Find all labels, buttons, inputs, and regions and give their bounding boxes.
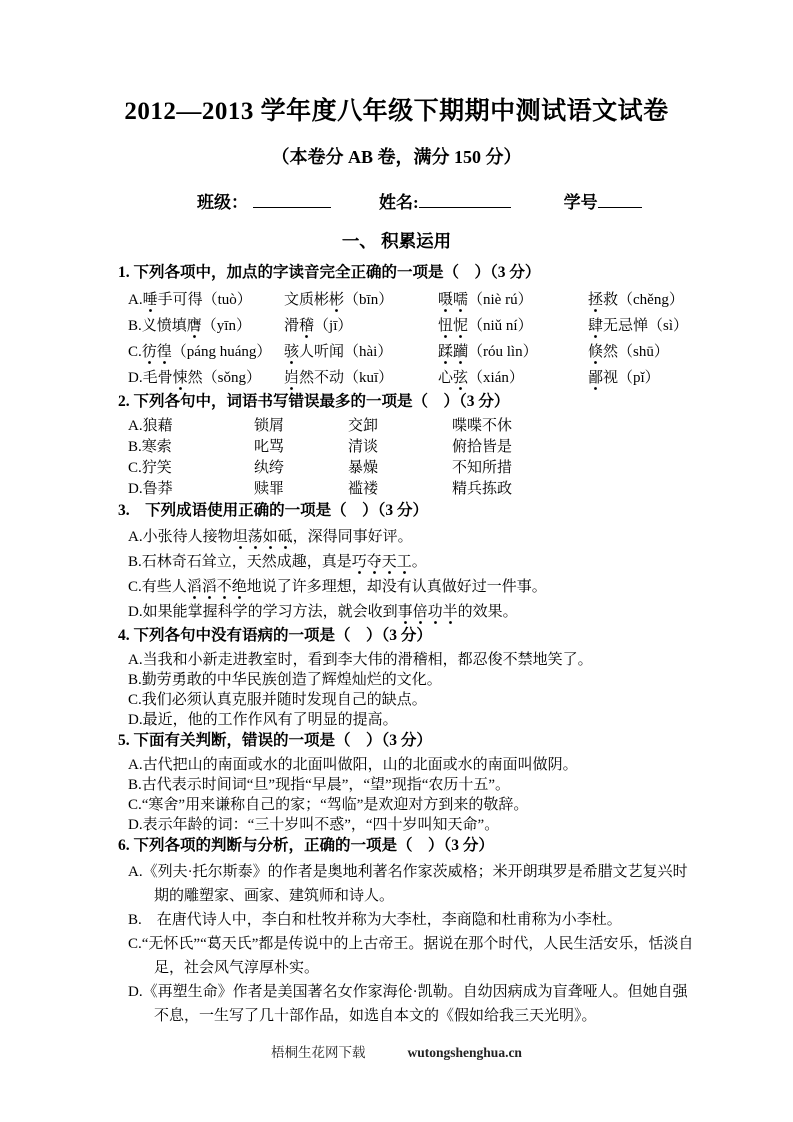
class-blank (253, 190, 331, 208)
option-cell: 清谈 (348, 437, 452, 458)
question-3-option-c: C.有些人滔滔不绝地说了许多理想，却没有认真做好过一件事。 (128, 575, 698, 600)
questions-area: 1. 下列各项中，加点的字读音完全正确的一项是（ ）（3 分） A.唾手可得（t… (118, 262, 698, 1028)
question-5: 5. 下面有关判断，错误的一项是（ ）（3 分） A.古代把山的南面或水的北面叫… (118, 730, 698, 835)
paper-subtitle: （本卷分 AB 卷，满分 150 分） (0, 144, 793, 170)
question-6-option-c: C.“无怀氏”“葛天氏”都是传说中的上古帝王。据说在那个时代，人民生活安乐，恬淡… (128, 932, 698, 980)
question-2-option-a: A.狼藉 锁屑 交卸 喋喋不休 (128, 416, 698, 437)
question-6-option-d: D.《再塑生命》作者是美国著名女作家海伦·凯勒。自幼因病成为盲聋哑人。但她自强不… (128, 980, 698, 1028)
question-2-stem: 2. 下列各句中，词语书写错误最多的一项是（ ）（3 分） (118, 391, 698, 413)
student-id-label: 学号 (564, 193, 598, 212)
question-5-option-b: B.古代表示时间词“旦”现指“早晨”，“望”现指“农历十五”。 (128, 775, 698, 795)
question-2: 2. 下列各句中，词语书写错误最多的一项是（ ）（3 分） A.狼藉 锁屑 交卸… (118, 391, 698, 500)
option-cell: B.义愤填膺（yīn） (128, 313, 284, 339)
question-1-option-b: B.义愤填膺（yīn） 滑稽（jī） 忸怩（niǔ ní） 肆无忌惮（sì） (128, 313, 698, 339)
option-cell: 滑稽（jī） (284, 313, 438, 339)
option-cell: 精兵拣政 (452, 479, 516, 500)
option-cell: D.毛骨悚然（sǒng） (128, 365, 284, 391)
option-cell: 喋喋不休 (452, 416, 516, 437)
question-4-option-d: D.最近，他的工作作风有了明显的提高。 (128, 710, 698, 730)
footer-site-url: wutongshenghua.cn (408, 1044, 522, 1062)
option-cell: 俯拾皆是 (452, 437, 516, 458)
question-3-option-d: D.如果能掌握科学的学习方法，就会收到事倍功半的效果。 (128, 600, 698, 625)
option-cell: 骇人听闻（hài） (284, 339, 438, 365)
option-cell: 叱骂 (254, 437, 348, 458)
question-5-option-c: C.“寒舍”用来谦称自己的家；“驾临”是欢迎对方到来的敬辞。 (128, 795, 698, 815)
option-cell: 忸怩（niǔ ní） (438, 313, 588, 339)
question-2-options: A.狼藉 锁屑 交卸 喋喋不休 B.寒索 叱骂 清谈 俯拾皆是 C.狞笑 纨绔 … (118, 416, 698, 500)
question-1-option-a: A.唾手可得（tuò） 文质彬彬（bīn） 嗫嚅（niè rú） 拯救（chěn… (128, 287, 698, 313)
option-cell: 嗫嚅（niè rú） (438, 287, 588, 313)
name-blank (419, 190, 511, 208)
student-id-field: 学号 (564, 190, 642, 216)
question-5-option-a: A.古代把山的南面或水的北面叫做阳，山的北面或水的南面叫做阴。 (128, 755, 698, 775)
option-cell: 暴燥 (348, 458, 452, 479)
paper-title: 2012—2013 学年度八年级下期期中测试语文试卷 (0, 94, 793, 130)
option-cell: 纨绔 (254, 458, 348, 479)
question-2-option-c: C.狞笑 纨绔 暴燥 不知所措 (128, 458, 698, 479)
question-3-options: A.小张待人接物坦荡如砥，深得同事好评。 B.石林奇石耸立，天然成趣，真是巧夺天… (118, 525, 698, 625)
question-4: 4. 下列各句中没有语病的一项是（ ）（3 分） A.当我和小新走进教室时，看到… (118, 625, 698, 730)
question-3-option-a: A.小张待人接物坦荡如砥，深得同事好评。 (128, 525, 698, 550)
question-2-option-b: B.寒索 叱骂 清谈 俯拾皆是 (128, 437, 698, 458)
question-6-option-a: A.《列夫·托尔斯泰》的作者是奥地利著名作家茨威格；米开朗琪罗是希腊文艺复兴时期… (128, 860, 698, 908)
option-cell: 拯救（chěng） (588, 287, 688, 313)
option-cell: 肆无忌惮（sì） (588, 313, 692, 339)
option-cell: 倏然（shū） (588, 339, 673, 365)
question-6-options: A.《列夫·托尔斯泰》的作者是奥地利著名作家茨威格；米开朗琪罗是希腊文艺复兴时期… (118, 860, 698, 1028)
question-4-option-b: B.勤劳勇敢的中华民族创造了辉煌灿烂的文化。 (128, 670, 698, 690)
option-cell: 不知所措 (452, 458, 516, 479)
question-5-options: A.古代把山的南面或水的北面叫做阳，山的北面或水的南面叫做阴。 B.古代表示时间… (118, 755, 698, 835)
question-6-option-b: B. 在唐代诗人中，李白和杜牧并称为大李杜，李商隐和杜甫称为小李杜。 (128, 908, 698, 932)
option-cell: C.狞笑 (128, 458, 254, 479)
option-cell: C.彷徨（páng huáng） (128, 339, 284, 365)
footer-site-name: 梧桐生花网下载 (271, 1044, 366, 1062)
option-cell: D.鲁莽 (128, 479, 254, 500)
name-field: 姓名: (379, 190, 511, 216)
student-info-row: 班级： 姓名: 学号 (197, 190, 793, 216)
option-cell: 鄙视（pǐ） (588, 365, 664, 391)
option-cell: A.唾手可得（tuò） (128, 287, 284, 313)
option-cell: 交卸 (348, 416, 452, 437)
class-field: 班级： (197, 190, 331, 216)
question-6: 6. 下列各项的判断与分析，正确的一项是（ ）（3 分） A.《列夫·托尔斯泰》… (118, 835, 698, 1028)
section-heading: 一、 积累运用 (0, 228, 793, 254)
question-3: 3. 下列成语使用正确的一项是（ ）（3 分） A.小张待人接物坦荡如砥，深得同… (118, 500, 698, 625)
option-cell: 岿然不动（kuī） (284, 365, 438, 391)
question-5-option-d: D.表示年龄的词：“三十岁叫不惑”，“四十岁叫知天命”。 (128, 815, 698, 835)
question-3-option-b: B.石林奇石耸立，天然成趣，真是巧夺天工。 (128, 550, 698, 575)
test-paper-page: 2012—2013 学年度八年级下期期中测试语文试卷 （本卷分 AB 卷，满分 … (0, 0, 793, 1062)
question-6-stem: 6. 下列各项的判断与分析，正确的一项是（ ）（3 分） (118, 835, 698, 857)
option-cell: 锁屑 (254, 416, 348, 437)
student-id-blank (598, 190, 642, 208)
question-5-stem: 5. 下面有关判断，错误的一项是（ ）（3 分） (118, 730, 698, 752)
question-1: 1. 下列各项中，加点的字读音完全正确的一项是（ ）（3 分） A.唾手可得（t… (118, 262, 698, 391)
option-cell: A.狼藉 (128, 416, 254, 437)
page-footer: 梧桐生花网下载 wutongshenghua.cn (0, 1044, 793, 1062)
name-label: 姓名: (379, 193, 419, 212)
option-cell: 褴褛 (348, 479, 452, 500)
question-3-stem: 3. 下列成语使用正确的一项是（ ）（3 分） (118, 500, 698, 522)
question-4-options: A.当我和小新走进教室时，看到李大伟的滑稽相，都忍俊不禁地笑了。 B.勤劳勇敢的… (118, 650, 698, 730)
option-cell: 赎罪 (254, 479, 348, 500)
option-cell: 心弦（xián） (438, 365, 588, 391)
question-1-option-c: C.彷徨（páng huáng） 骇人听闻（hài） 蹂躏（róu lìn） 倏… (128, 339, 698, 365)
question-1-stem: 1. 下列各项中，加点的字读音完全正确的一项是（ ）（3 分） (118, 262, 698, 284)
class-label: 班级： (197, 193, 248, 212)
question-4-stem: 4. 下列各句中没有语病的一项是（ ）（3 分） (118, 625, 698, 647)
question-1-options: A.唾手可得（tuò） 文质彬彬（bīn） 嗫嚅（niè rú） 拯救（chěn… (118, 287, 698, 391)
question-4-option-c: C.我们必须认真克服并随时发现自己的缺点。 (128, 690, 698, 710)
question-2-option-d: D.鲁莽 赎罪 褴褛 精兵拣政 (128, 479, 698, 500)
option-cell: B.寒索 (128, 437, 254, 458)
option-cell: 蹂躏（róu lìn） (438, 339, 588, 365)
option-cell: 文质彬彬（bīn） (284, 287, 438, 313)
question-1-option-d: D.毛骨悚然（sǒng） 岿然不动（kuī） 心弦（xián） 鄙视（pǐ） (128, 365, 698, 391)
question-4-option-a: A.当我和小新走进教室时，看到李大伟的滑稽相，都忍俊不禁地笑了。 (128, 650, 698, 670)
